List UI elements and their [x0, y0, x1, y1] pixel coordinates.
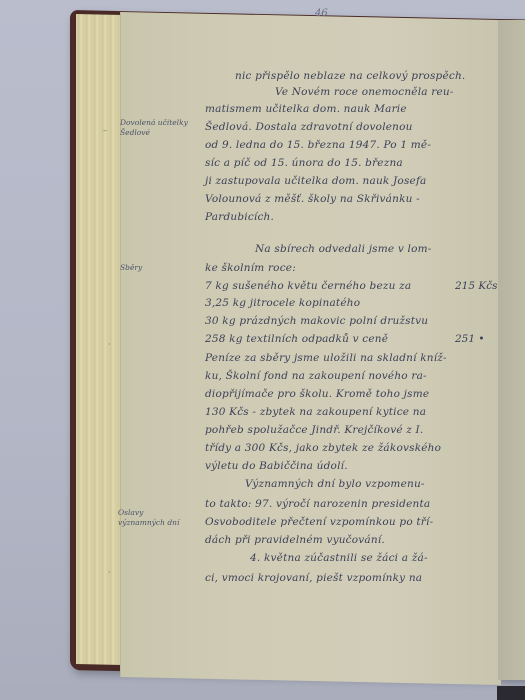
text-line: diopřijímače pro školu. Kromě toho jsme	[205, 388, 500, 400]
text-line: třídy a 300 Kčs, jako zbytek ze žákovské…	[205, 442, 500, 454]
text-line: ji zastupovala učitelka dom. nauk Josefa	[205, 175, 500, 187]
page-number: 46	[315, 8, 328, 19]
amount-value: 251 •	[455, 333, 485, 345]
text-line: to takto: 97. výročí narozenin president…	[205, 498, 500, 510]
text-line: Na sbírech odvedali jsme v lom-	[255, 243, 525, 255]
text-line: od 9. ledna do 15. března 1947. Po 1 mě-	[205, 139, 500, 151]
text-line: ci, vmoci krojovaní, piešt vzpomínky na	[205, 572, 500, 584]
text-line: 130 Kčs - zbytek na zakoupení kytice na	[205, 406, 500, 418]
margin-note-dovolena: Dovolená učitelky Šedlové	[120, 118, 190, 138]
pencil-mark: ·	[108, 568, 111, 577]
text-line: 3,25 kg jitrocele kopinatého	[205, 297, 500, 309]
text-line: 4. května zúčastnili se žáci a žá-	[250, 552, 525, 564]
text-line: nic přispělo neblaze na celkový prospěch…	[235, 70, 525, 82]
text-line: Volounová z měšť. školy na Skřivánku -	[205, 193, 500, 205]
text-line: Pardubicích.	[205, 211, 500, 223]
text-line: ku, Školní fond na zakoupení nového ra-	[205, 370, 500, 382]
amount-value: 215 Kčs	[455, 280, 498, 292]
margin-note-oslavy: Oslavy významných dní	[118, 508, 188, 528]
text-line: Osvoboditele přečtení vzpomínkou po tří-	[205, 516, 500, 528]
pencil-mark: ·	[108, 340, 111, 349]
text-line: síc a píč od 15. února do 15. března	[205, 157, 500, 169]
dark-object-corner	[497, 686, 525, 700]
text-line: Peníze za sběry jsme uložili na skladní …	[205, 352, 500, 364]
text-line: matismem učitelka dom. nauk Marie	[205, 103, 500, 115]
text-line: Významných dní bylo vzpomenu-	[245, 478, 525, 490]
margin-note-sbery: Sběry	[120, 263, 190, 273]
text-line: 30 kg prázdných makovic polní družstvu	[205, 315, 500, 327]
text-line: výletu do Babiččina údolí.	[205, 460, 500, 472]
text-line: dách při pravidelném vyučování.	[205, 534, 500, 546]
text-line: pohřeb spolužačce Jindř. Krejčíkové z I.	[205, 424, 500, 436]
text-line: Šedlová. Dostala zdravotní dovolenou	[205, 121, 500, 133]
text-line: ke školním roce:	[205, 262, 500, 274]
pencil-mark: –	[103, 126, 107, 135]
text-line: Ve Novém roce onemocněla reu-	[275, 86, 525, 98]
adjacent-page-edge	[498, 20, 525, 680]
